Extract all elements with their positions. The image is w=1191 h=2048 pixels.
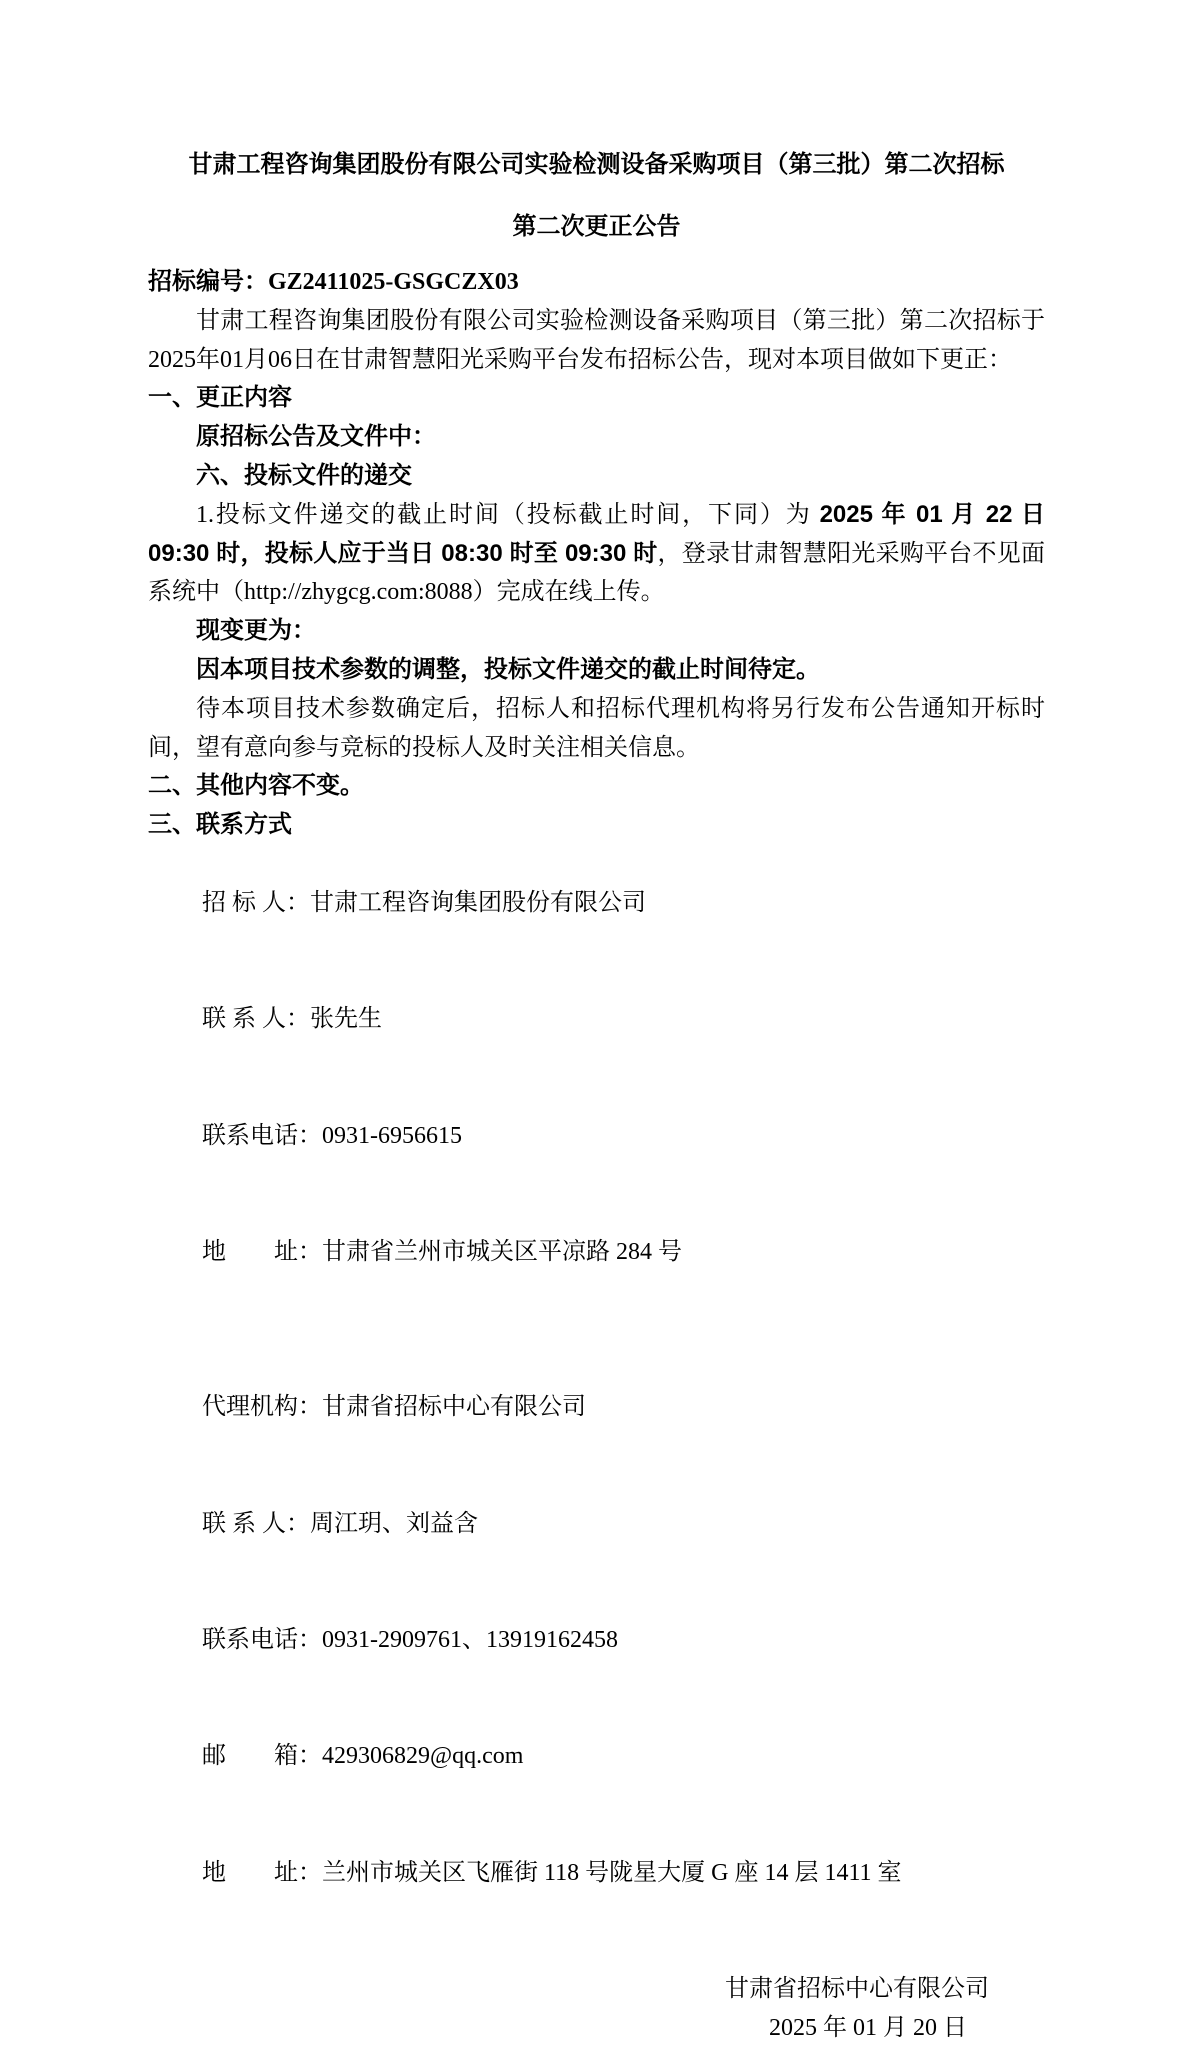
tenderer-contact-line: 联 系 人：张先生 bbox=[148, 961, 1045, 1077]
tenderer-contact-label: 联 系 人： bbox=[202, 1006, 310, 1032]
document-title: 甘肃工程咨询集团股份有限公司实验检测设备采购项目（第三批）第二次招标 bbox=[148, 145, 1045, 185]
agency-contact-line: 联 系 人：周江玥、刘益含 bbox=[148, 1466, 1045, 1582]
deadline-clause-lead: 1.投标文件递交的截止时间（投标截止时间，下同）为 bbox=[196, 502, 820, 528]
announcement-page: 甘肃工程咨询集团股份有限公司实验检测设备采购项目（第三批）第二次招标 第二次更正… bbox=[0, 0, 1191, 1684]
document-subtitle: 第二次更正公告 bbox=[148, 207, 1045, 247]
tender-number-line: 招标编号：GZ2411025-GSGCZX03 bbox=[148, 263, 1045, 302]
agency-contact-value: 周江玥、刘益含 bbox=[310, 1511, 478, 1537]
tenderer-name-label: 招 标 人： bbox=[202, 890, 310, 916]
tenderer-name-value: 甘肃工程咨询集团股份有限公司 bbox=[310, 890, 646, 916]
followup-paragraph: 待本项目技术参数确定后，招标人和招标代理机构将另行发布公告通知开标时间，望有意向… bbox=[148, 690, 1045, 768]
tenderer-phone-label: 联系电话： bbox=[202, 1123, 322, 1149]
spacer bbox=[148, 1311, 1045, 1350]
agency-email-line: 邮 箱：429306829@qq.com bbox=[148, 1698, 1045, 1814]
intro-paragraph: 甘肃工程咨询集团股份有限公司实验检测设备采购项目（第三批）第二次招标于2025年… bbox=[148, 302, 1045, 380]
agency-address-value: 兰州市城关区飞雁街 118 号陇星大厦 G 座 14 层 1411 室 bbox=[322, 1860, 902, 1886]
deadline-clause-paragraph: 1.投标文件递交的截止时间（投标截止时间，下同）为 2025 年 01 月 22… bbox=[148, 496, 1045, 612]
tenderer-phone-value: 0931-6956615 bbox=[322, 1123, 462, 1149]
signature-company: 甘肃省招标中心有限公司 bbox=[148, 1970, 1045, 2009]
tenderer-address-label: 地 址： bbox=[202, 1239, 322, 1265]
agency-phone-line: 联系电话：0931-2909761、13919162458 bbox=[148, 1582, 1045, 1698]
tenderer-phone-line: 联系电话：0931-6956615 bbox=[148, 1078, 1045, 1194]
tenderer-contact-value: 张先生 bbox=[310, 1006, 382, 1032]
agency-name-value: 甘肃省招标中心有限公司 bbox=[322, 1394, 586, 1420]
section-1-heading: 一、更正内容 bbox=[148, 379, 1045, 418]
agency-name-label: 代理机构： bbox=[202, 1394, 322, 1420]
submission-subheading: 六、投标文件的递交 bbox=[148, 457, 1045, 496]
agency-phone-label: 联系电话： bbox=[202, 1627, 322, 1653]
tenderer-address-line: 地 址：甘肃省兰州市城关区平凉路 284 号 bbox=[148, 1194, 1045, 1310]
agency-phone-value: 0931-2909761、13919162458 bbox=[322, 1627, 618, 1653]
section-2-heading: 二、其他内容不变。 bbox=[148, 767, 1045, 806]
original-notice-label: 原招标公告及文件中： bbox=[148, 418, 1045, 457]
agency-address-label: 地 址： bbox=[202, 1860, 322, 1886]
change-to-content: 因本项目技术参数的调整，投标文件递交的截止时间待定。 bbox=[148, 651, 1045, 690]
agency-email-value: 429306829@qq.com bbox=[322, 1743, 523, 1769]
section-3-heading: 三、联系方式 bbox=[148, 806, 1045, 845]
tenderer-address-value: 甘肃省兰州市城关区平凉路 284 号 bbox=[322, 1239, 682, 1265]
agency-address-line: 地 址：兰州市城关区飞雁街 118 号陇星大厦 G 座 14 层 1411 室 bbox=[148, 1815, 1045, 1931]
agency-name-line: 代理机构：甘肃省招标中心有限公司 bbox=[148, 1349, 1045, 1465]
tender-number-value: GZ2411025-GSGCZX03 bbox=[268, 269, 519, 295]
change-to-label: 现变更为： bbox=[148, 612, 1045, 651]
agency-contact-label: 联 系 人： bbox=[202, 1511, 310, 1537]
tender-number-label: 招标编号： bbox=[148, 268, 268, 295]
signature-block: 甘肃省招标中心有限公司 2025 年 01 月 20 日 bbox=[148, 1970, 1045, 2048]
tenderer-name-line: 招 标 人：甘肃工程咨询集团股份有限公司 bbox=[148, 845, 1045, 961]
agency-email-label: 邮 箱： bbox=[202, 1743, 322, 1769]
signature-date: 2025 年 01 月 20 日 bbox=[148, 2009, 1045, 2048]
